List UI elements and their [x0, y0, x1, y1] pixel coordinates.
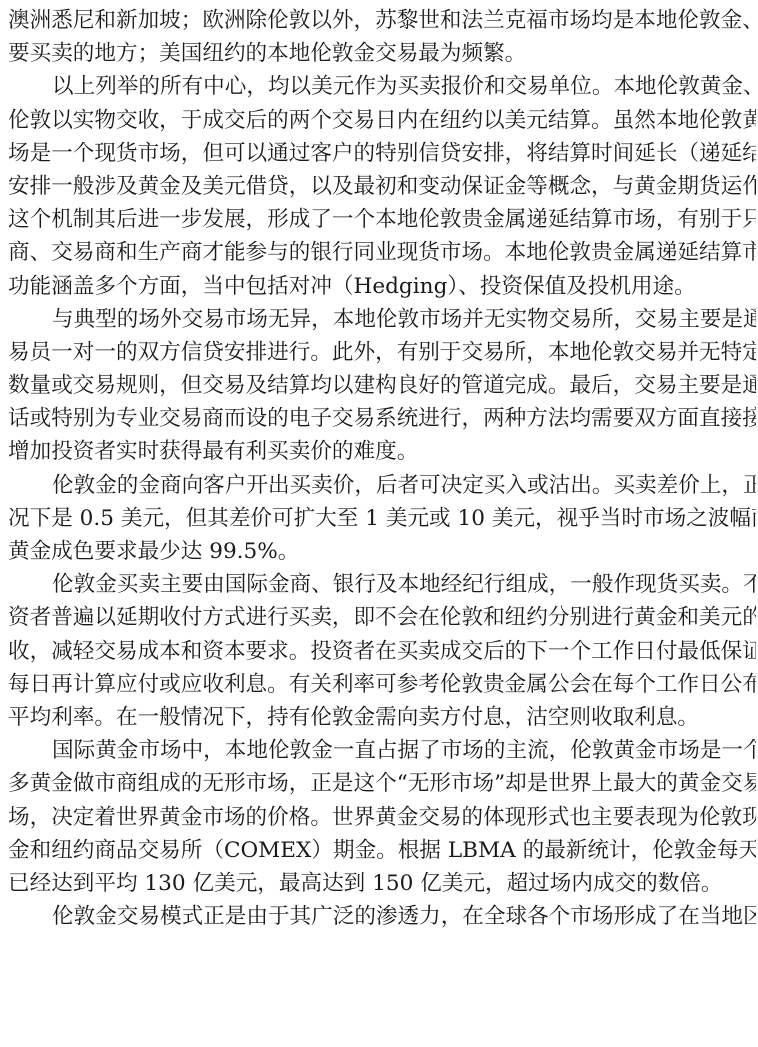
- text-line: 安排一般涉及黄金及美元借贷，以及最初和变动保证金等概念，与黄金期货运作类似，: [8, 170, 756, 203]
- paragraph-5: 伦敦金买卖主要由国际金商、银行及本地经纪行组成，一般作现货买卖。不过投 资者普遍…: [8, 568, 756, 734]
- document-page: 澳洲悉尼和新加坡；欧洲除伦敦以外，苏黎世和法兰克福市场均是本地伦敦金、银主 要买…: [8, 0, 756, 933]
- text-line: 已经达到平均 130 亿美元，最高达到 150 亿美元，超过场内成交的数倍。: [8, 867, 756, 900]
- text-line: 每日再计算应付或应收利息。有关利率可参考伦敦贵金属公会在每个工作日公布的: [8, 668, 756, 701]
- text-line: 黄金成色要求最少达 99.5%。: [8, 535, 756, 568]
- text-line: 功能涵盖多个方面，当中包括对冲（Hedging）、投资保值及投机用途。: [8, 270, 756, 303]
- text-line: 多黄金做市商组成的无形市场，正是这个“无形市场”却是世界上最大的黄金交易市: [8, 767, 756, 800]
- text-line: 澳洲悉尼和新加坡；欧洲除伦敦以外，苏黎世和法兰克福市场均是本地伦敦金、银主: [8, 4, 756, 37]
- paragraph-4: 伦敦金的金商向客户开出买卖价，后者可决定买入或沽出。买卖差价上，正常情 况下是 …: [8, 469, 756, 569]
- text-line: 金和纽约商品交易所（COMEX）期金。根据 LBMA 的最新统计，伦敦金每天的成…: [8, 834, 756, 867]
- text-line: 收，减轻交易成本和资本要求。投资者在买卖成交后的下一个工作日付最低保证金，: [8, 635, 756, 668]
- text-line: 伦敦金交易模式正是由于其广泛的渗透力，在全球各个市场形成了在当地区域: [8, 900, 756, 933]
- text-line: 伦敦以实物交收，于成交后的两个交易日内在纽约以美元结算。虽然本地伦敦黄金市: [8, 104, 756, 137]
- text-line: 况下是 0.5 美元，但其差价可扩大至 1 美元或 10 美元，视乎当时市场之波…: [8, 502, 756, 535]
- paragraph-1: 澳洲悉尼和新加坡；欧洲除伦敦以外，苏黎世和法兰克福市场均是本地伦敦金、银主 要买…: [8, 4, 756, 70]
- text-line: 商、交易商和生产商才能参与的银行同业现货市场。本地伦敦贵金属递延结算市场的: [8, 236, 756, 269]
- paragraph-6: 国际黄金市场中，本地伦敦金一直占据了市场的主流，伦敦黄金市场是一个由众 多黄金做…: [8, 734, 756, 900]
- text-line: 增加投资者实时获得最有利买卖价的难度。: [8, 435, 756, 468]
- text-line: 伦敦金买卖主要由国际金商、银行及本地经纪行组成，一般作现货买卖。不过投: [8, 568, 756, 601]
- text-line: 易员一对一的双方信贷安排进行。此外，有别于交易所，本地伦敦交易并无特定合约: [8, 336, 756, 369]
- text-line: 这个机制其后进一步发展，形成了一个本地伦敦贵金属递延结算市场，有别于只有制造: [8, 203, 756, 236]
- text-line: 与典型的场外交易市场无异，本地伦敦市场并无实物交易所，交易主要是通过交: [8, 303, 756, 336]
- text-line: 以上列举的所有中心，均以美元作为买卖报价和交易单位。本地伦敦黄金、白银在: [8, 70, 756, 103]
- text-line: 场是一个现货市场，但可以通过客户的特别信贷安排，将结算时间延长（递延结算），此: [8, 137, 756, 170]
- text-line: 要买卖的地方；美国纽约的本地伦敦金交易最为频繁。: [8, 37, 756, 70]
- text-line: 场，决定着世界黄金市场的价格。世界黄金交易的体现形式也主要表现为伦敦现货: [8, 801, 756, 834]
- paragraph-7: 伦敦金交易模式正是由于其广泛的渗透力，在全球各个市场形成了在当地区域: [8, 900, 756, 933]
- paragraph-2: 以上列举的所有中心，均以美元作为买卖报价和交易单位。本地伦敦黄金、白银在 伦敦以…: [8, 70, 756, 302]
- text-line: 伦敦金的金商向客户开出买卖价，后者可决定买入或沽出。买卖差价上，正常情: [8, 469, 756, 502]
- text-line: 平均利率。在一般情况下，持有伦敦金需向卖方付息，沽空则收取利息。: [8, 701, 756, 734]
- text-line: 话或特别为专业交易商而设的电子交易系统进行，两种方法均需要双方面直接接触，: [8, 402, 756, 435]
- paragraph-3: 与典型的场外交易市场无异，本地伦敦市场并无实物交易所，交易主要是通过交 易员一对…: [8, 303, 756, 469]
- text-line: 资者普遍以延期收付方式进行买卖，即不会在伦敦和纽约分别进行黄金和美元的交: [8, 601, 756, 634]
- text-line: 国际黄金市场中，本地伦敦金一直占据了市场的主流，伦敦黄金市场是一个由众: [8, 734, 756, 767]
- text-line: 数量或交易规则，但交易及结算均以建构良好的管道完成。最后，交易主要是通过电: [8, 369, 756, 402]
